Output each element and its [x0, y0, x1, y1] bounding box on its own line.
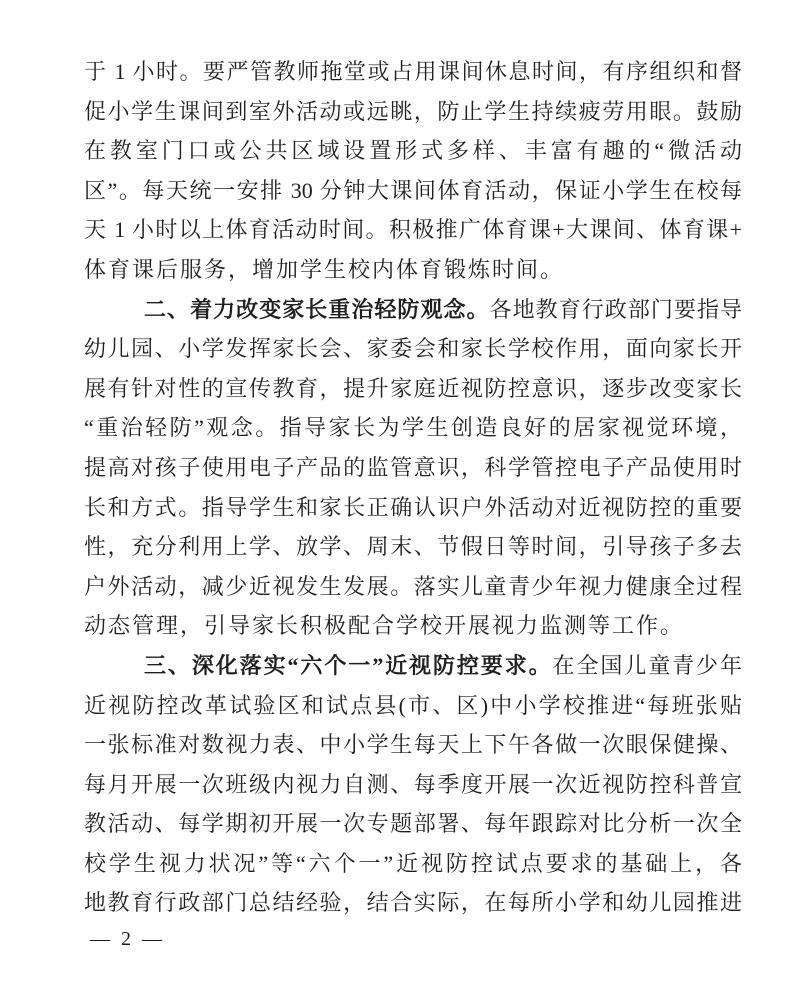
- text-segment: 长和方式。指导学生和家长正确认识户外活动对近视防控的重要: [84, 495, 742, 520]
- text-segment: 提高对孩子使用电子产品的监管意识，科学管控电子产品使用时: [84, 455, 742, 480]
- text-line: 在教室门口或公共区域设置形式多样、丰富有趣的“微活动: [84, 131, 742, 171]
- text-line: 一张标准对数视力表、中小学生每天上下午各做一次眼保健操、: [84, 725, 742, 765]
- page-number: — 2 —: [90, 925, 165, 953]
- text-line: 动态管理，引导家长积极配合学校开展视力监测等工作。: [84, 606, 742, 646]
- text-line: 展有针对性的宣传教育，提升家庭近视防控意识，逐步改变家长: [84, 369, 742, 409]
- text-segment: 各地教育行政部门要指导: [490, 297, 742, 322]
- section-heading: 三、深化落实“六个一”近视防控要求。: [144, 653, 553, 678]
- text-line: 体育课后服务，增加学生校内体育锻炼时间。: [84, 250, 742, 290]
- text-line: 教活动、每学期初开展一次专题部署、每年跟踪对比分析一次全: [84, 804, 742, 844]
- text-line: “重治轻防”观念。指导家长为学生创造良好的居家视觉环境，: [84, 408, 742, 448]
- text-segment: 校学生视力状况”等“六个一”近视防控试点要求的基础上，各: [84, 851, 742, 876]
- text-line: 幼儿园、小学发挥家长会、家委会和家长学校作用，面向家长开: [84, 329, 742, 369]
- text-line: 地教育行政部门总结经验，结合实际，在每所小学和幼儿园推进: [84, 883, 742, 923]
- text-segment: 天 1 小时以上体育活动时间。积极推广体育课+大课间、体育课+: [84, 217, 742, 242]
- text-line: 性，充分利用上学、放学、周末、节假日等时间，引导孩子多去: [84, 527, 742, 567]
- text-line: 每月开展一次班级内视力自测、每季度开展一次近视防控科普宣: [84, 765, 742, 805]
- text-line: 三、深化落实“六个一”近视防控要求。在全国儿童青少年: [84, 646, 742, 686]
- text-line: 促小学生课间到室外活动或远眺，防止学生持续疲劳用眼。鼓励: [84, 92, 742, 132]
- text-segment: 展有针对性的宣传教育，提升家庭近视防控意识，逐步改变家长: [84, 376, 742, 401]
- text-segment: 动态管理，引导家长积极配合学校开展视力监测等工作。: [84, 613, 684, 638]
- text-line: 近视防控改革试验区和试点县(市、区)中小学校推进“每班张贴: [84, 686, 742, 726]
- document-page: 于 1 小时。要严管教师拖堂或占用课间休息时间，有序组织和督促小学生课间到室外活…: [0, 0, 800, 984]
- text-segment: 地教育行政部门总结经验，结合实际，在每所小学和幼儿园推进: [84, 890, 742, 915]
- text-line: 二、着力改变家长重治轻防观念。各地教育行政部门要指导: [84, 290, 742, 330]
- text-segment: 教活动、每学期初开展一次专题部署、每年跟踪对比分析一次全: [84, 811, 742, 836]
- text-segment: 一张标准对数视力表、中小学生每天上下午各做一次眼保健操、: [84, 732, 742, 757]
- text-line: 天 1 小时以上体育活动时间。积极推广体育课+大课间、体育课+: [84, 210, 742, 250]
- text-segment: 性，充分利用上学、放学、周末、节假日等时间，引导孩子多去: [84, 534, 742, 559]
- text-segment: 体育课后服务，增加学生校内体育锻炼时间。: [84, 257, 564, 282]
- text-line: 户外活动，减少近视发生发展。落实儿童青少年视力健康全过程: [84, 567, 742, 607]
- section-heading: 二、着力改变家长重治轻防观念。: [144, 297, 490, 322]
- text-segment: 于 1 小时。要严管教师拖堂或占用课间休息时间，有序组织和督: [84, 59, 742, 84]
- text-segment: 在全国儿童青少年: [553, 653, 742, 678]
- text-line: 校学生视力状况”等“六个一”近视防控试点要求的基础上，各: [84, 844, 742, 884]
- document-body: 于 1 小时。要严管教师拖堂或占用课间休息时间，有序组织和督促小学生课间到室外活…: [84, 52, 742, 923]
- text-segment: 每月开展一次班级内视力自测、每季度开展一次近视防控科普宣: [84, 772, 742, 797]
- text-segment: “重治轻防”观念。指导家长为学生创造良好的居家视觉环境，: [84, 415, 742, 440]
- text-segment: 区”。每天统一安排 30 分钟大课间体育活动，保证小学生在校每: [84, 178, 742, 203]
- text-segment: 近视防控改革试验区和试点县(市、区)中小学校推进“每班张贴: [84, 693, 742, 718]
- text-line: 长和方式。指导学生和家长正确认识户外活动对近视防控的重要: [84, 488, 742, 528]
- text-line: 提高对孩子使用电子产品的监管意识，科学管控电子产品使用时: [84, 448, 742, 488]
- text-segment: 幼儿园、小学发挥家长会、家委会和家长学校作用，面向家长开: [84, 336, 742, 361]
- text-segment: 促小学生课间到室外活动或远眺，防止学生持续疲劳用眼。鼓励: [84, 99, 742, 124]
- text-segment: 户外活动，减少近视发生发展。落实儿童青少年视力健康全过程: [84, 574, 742, 599]
- text-line: 区”。每天统一安排 30 分钟大课间体育活动，保证小学生在校每: [84, 171, 742, 211]
- text-segment: 在教室门口或公共区域设置形式多样、丰富有趣的“微活动: [84, 138, 742, 163]
- text-line: 于 1 小时。要严管教师拖堂或占用课间休息时间，有序组织和督: [84, 52, 742, 92]
